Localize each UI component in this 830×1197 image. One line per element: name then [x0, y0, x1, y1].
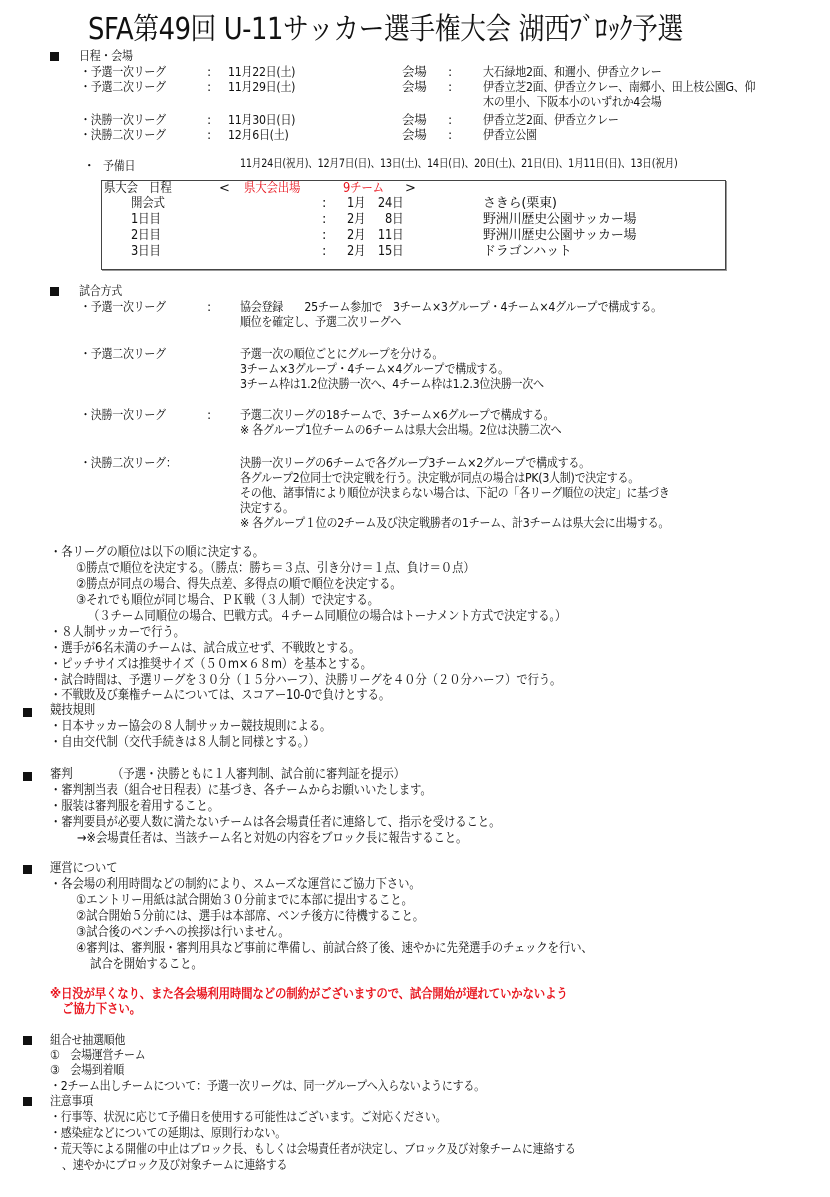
format-item-label: ・決勝二次リーグ： — [80, 455, 177, 470]
schedule-row-sep: : — [207, 64, 211, 79]
rule-line: ・不戦敗及び棄権チームについては、スコアー10-0で負けとする。 — [50, 688, 390, 704]
prefectural-row-day: 8日 — [377, 212, 403, 228]
format-item-label: ・予選一次リーグ — [80, 299, 166, 314]
venue-label: 会場 — [402, 127, 426, 142]
venue-text: 大石緑地2面、和邇小、伊香立クレー — [483, 64, 662, 79]
rule-line: ・自由交代制（交代手続きは８人制と同様とする。） — [50, 735, 315, 751]
draw-line: ① 会場運営チーム — [50, 1047, 145, 1062]
referee-line: ・審判割当表（組合せ日程表）に基づき、各チームからお願いいたします。 — [50, 783, 432, 799]
format-item-line: 3チーム×3グループ・4チーム×4グループで構成する。 — [240, 361, 509, 376]
rule-line: ・試合時間は、予選リーグを３０分（１５分ハーフ）、決勝リーグを４０分（２０分ハー… — [50, 673, 561, 689]
section-square-bullet-icon — [23, 1097, 32, 1106]
rule-line: ・各リーグの順位は以下の順に決定する。 — [50, 545, 264, 561]
venue-text: 伊香立芝2面、伊香立クレー、南郷小、田上枝公園G、仰 — [483, 79, 755, 94]
open-bracket: < — [219, 181, 230, 197]
schedule-row-sep: : — [207, 112, 211, 127]
prefectural-row-label: 3日目 — [131, 244, 161, 260]
venue-sep: : — [448, 64, 452, 79]
format-heading: 試合方式 — [79, 283, 122, 298]
rule-line: ③それでも順位が同じ場合、ＰＫ戦（３人制）で決定する。 — [76, 593, 379, 609]
prefectural-row-venue: ドラゴンハット — [483, 244, 572, 260]
format-item-line: 協会登録 25チーム参加で 3チーム×3グループ・4チーム×4グループで構成する… — [240, 299, 662, 314]
venue-label: 会場 — [402, 79, 426, 94]
format-item-line: 予選二次リーグの18チームで、3チーム×6グループで構成する。 — [240, 407, 554, 422]
draw-heading: 組合せ抽選順他 — [50, 1032, 125, 1047]
prefectural-row-day: 11日 — [377, 228, 403, 244]
schedule-row-label: ・決勝一次リーグ — [80, 112, 166, 127]
operations-line: ③試合後のベンチへの挨拶は行いません。 — [76, 925, 290, 941]
format-item-sep: : — [207, 407, 211, 422]
venue-label: 会場 — [402, 112, 426, 127]
operations-line: ②試合開始５分前には、選手は本部席、ベンチ後方に待機すること。 — [76, 909, 424, 925]
draw-line: ・2チーム出しチームについて：予選一次リーグは、同一グループへ入らないようにする… — [50, 1078, 485, 1093]
notes-line: 、速やかにブロック及び対象チームに連絡する — [62, 1157, 287, 1172]
venue-sep: : — [448, 112, 452, 127]
rule-line: ・選手が6名未満のチームは、試合成立せず、不戦敗とする。 — [50, 641, 360, 657]
page-title: SFA第49回 U-11サッカー選手権大会 湖西ﾌﾞﾛｯｸ予選 — [88, 12, 683, 48]
referee-line: ・服装は審判服を着用すること。 — [50, 799, 219, 815]
close-bracket: > — [405, 181, 416, 197]
rule-line: ①勝点で順位を決定する。（勝点：勝ち＝３点、引き分け＝１点、負け＝０点） — [76, 561, 475, 577]
schedule-row-date: 11月22日(土) — [228, 64, 295, 79]
rule-line: ・ピッチサイズは推奨サイズ（５０m×６８m）を基本とする。 — [50, 657, 372, 673]
notes-line: ・荒天等による開催の中止はブロック長、もしくは会場責任者が決定し、ブロック及び対… — [50, 1141, 576, 1156]
qualify-label: 県大会出場 — [244, 181, 300, 197]
rule-line: ・日本サッカー協会の８人制サッカー競技規則による。 — [50, 719, 331, 735]
prefectural-row-label: 2日目 — [131, 228, 161, 244]
section-square-bullet-icon — [23, 865, 32, 874]
prefectural-row-venue: 野洲川歴史公園サッカー場 — [483, 228, 636, 244]
format-item-line: ※ 各グループ１位の2チーム及び決定戦勝者の1チーム、計3チームは県大会に出場す… — [240, 515, 669, 530]
rule-line: ・８人制サッカーで行う。 — [50, 625, 185, 641]
prefectural-row-day: 15日 — [377, 244, 403, 260]
section-square-bullet-icon — [50, 287, 59, 296]
prefectural-row-venue: 野洲川歴史公園サッカー場 — [483, 212, 636, 228]
reserve-dates: 11月24日(祝月)、12月7日(日)、13日(土)、14日(日)、20日(土)… — [240, 156, 678, 171]
warning-line: ※日没が早くなり、また各会場利用時間などの制約がございますので、試合開始が遅れて… — [50, 987, 568, 1003]
schedule-row-date: 12月6日(土) — [228, 127, 288, 142]
section-square-bullet-icon — [23, 1036, 32, 1045]
section-square-bullet-icon — [23, 708, 32, 717]
operations-heading: 運営について — [50, 861, 117, 877]
draw-line: ③ 会場到着順 — [50, 1062, 124, 1077]
prefectural-row-month: 2月 — [347, 244, 365, 260]
format-item-label: ・決勝一次リーグ — [80, 407, 166, 422]
prefectural-row-day: 24日 — [377, 196, 403, 212]
schedule-row-sep: : — [207, 79, 211, 94]
prefectural-row-month: 2月 — [347, 228, 365, 244]
referee-note: （予選・決勝ともに１人審判制、試合前に審判証を提示） — [112, 767, 405, 783]
operations-line: ・各会場の利用時間などの制約により、スムーズな運営にご協力下さい。 — [50, 877, 421, 893]
venue-label: 会場 — [402, 64, 426, 79]
notes-line: ・行事等、状況に応じて予備日を使用する可能性はございます。ご対応ください。 — [50, 1109, 446, 1124]
format-item-line: 順位を確定し、予選二次リーグへ — [240, 314, 401, 329]
venue-text: 木の里小、下阪本小のいずれか4会場 — [483, 94, 662, 109]
schedule-row-date: 11月29日(土) — [228, 79, 295, 94]
referee-heading: 審判 — [50, 767, 73, 783]
schedule-heading: 日程・会場 — [79, 48, 133, 63]
venue-text: 伊香立公園 — [483, 127, 537, 142]
schedule-row-sep: : — [207, 127, 211, 142]
prefectural-row-month: 1月 — [347, 196, 365, 212]
prefectural-heading: 県大会 日程 — [104, 181, 172, 197]
format-item-line: 各グループ2位同士で決定戦を行う。決定戦が同点の場合はPK(3人制)で決定する。 — [240, 470, 639, 485]
notes-heading: 注意事項 — [50, 1093, 93, 1108]
referee-line: ・審判要員が必要人数に満たないチームは各会場責任者に連絡して、指示を受けること。 — [50, 815, 500, 831]
reserve-label: 予備日 — [103, 158, 135, 173]
competition-rules-heading: 競技規則 — [50, 703, 95, 719]
referee-line: →※会場責任者は、当該チーム名と対処の内容をブロック長に報告すること。 — [77, 831, 467, 847]
schedule-row-label: ・予選二次リーグ — [80, 79, 166, 94]
notes-line: ・感染症などについての延期は、原則行わない。 — [50, 1125, 286, 1140]
operations-line: ④審判は、審判服・審判用具など事前に準備し、前試合終了後、速やかに先発選手のチェ… — [76, 941, 593, 957]
warning-line: ご協力下さい。 — [62, 1002, 141, 1018]
schedule-row-date: 11月30日(日) — [228, 112, 295, 127]
format-item-line: 決勝一次リーグの6チームで各グループ3チーム×2グループで構成する。 — [240, 455, 590, 470]
prefectural-row-label: 開会式 — [131, 196, 165, 212]
format-item-line: 予選一次の順位ごとにグループを分ける。 — [240, 346, 443, 361]
prefectural-row-sep: : — [322, 196, 326, 212]
operations-line: 試合を開始すること。 — [90, 957, 203, 973]
venue-sep: : — [448, 127, 452, 142]
prefectural-row-sep: : — [322, 244, 326, 260]
format-item-label: ・予選二次リーグ — [80, 346, 166, 361]
section-square-bullet-icon — [23, 772, 32, 781]
section-square-bullet-icon — [50, 52, 59, 61]
format-item-line: ※ 各グループ1位チームの6チームは県大会出場。2位は決勝二次へ — [240, 422, 561, 437]
venue-sep: : — [448, 79, 452, 94]
schedule-row-label: ・決勝二次リーグ — [80, 127, 166, 142]
prefectural-row-sep: : — [322, 212, 326, 228]
format-item-line: 決定する。 — [240, 500, 294, 515]
rule-line: （３チーム同順位の場合、巴戦方式。４チーム同順位の場合はトーナメント方式で決定す… — [88, 609, 566, 625]
schedule-row-label: ・予選一次リーグ — [80, 64, 166, 79]
reserve-bullet: ・ — [83, 158, 95, 173]
format-item-sep: : — [207, 299, 211, 314]
prefectural-row-sep: : — [322, 228, 326, 244]
qualify-count: 9チーム — [343, 181, 384, 197]
prefectural-row-month: 2月 — [347, 212, 365, 228]
rule-line: ②勝点が同点の場合、得失点差、多得点の順で順位を決定する。 — [76, 577, 401, 593]
format-item-line: その他、諸事情により順位が決まらない場合は、下記の「各リーグ順位の決定」に基づき — [240, 485, 669, 500]
format-item-line: 3チーム枠は1.2位決勝一次へ、4チーム枠は1.2.3位決勝一次へ — [240, 376, 544, 391]
venue-text: 伊香立芝2面、伊香立クレー — [483, 112, 619, 127]
operations-line: ①エントリー用紙は試合開始３０分前までに本部に提出すること。 — [76, 893, 413, 909]
prefectural-row-venue: さきら(栗東) — [483, 196, 557, 212]
prefectural-row-label: 1日目 — [131, 212, 161, 228]
